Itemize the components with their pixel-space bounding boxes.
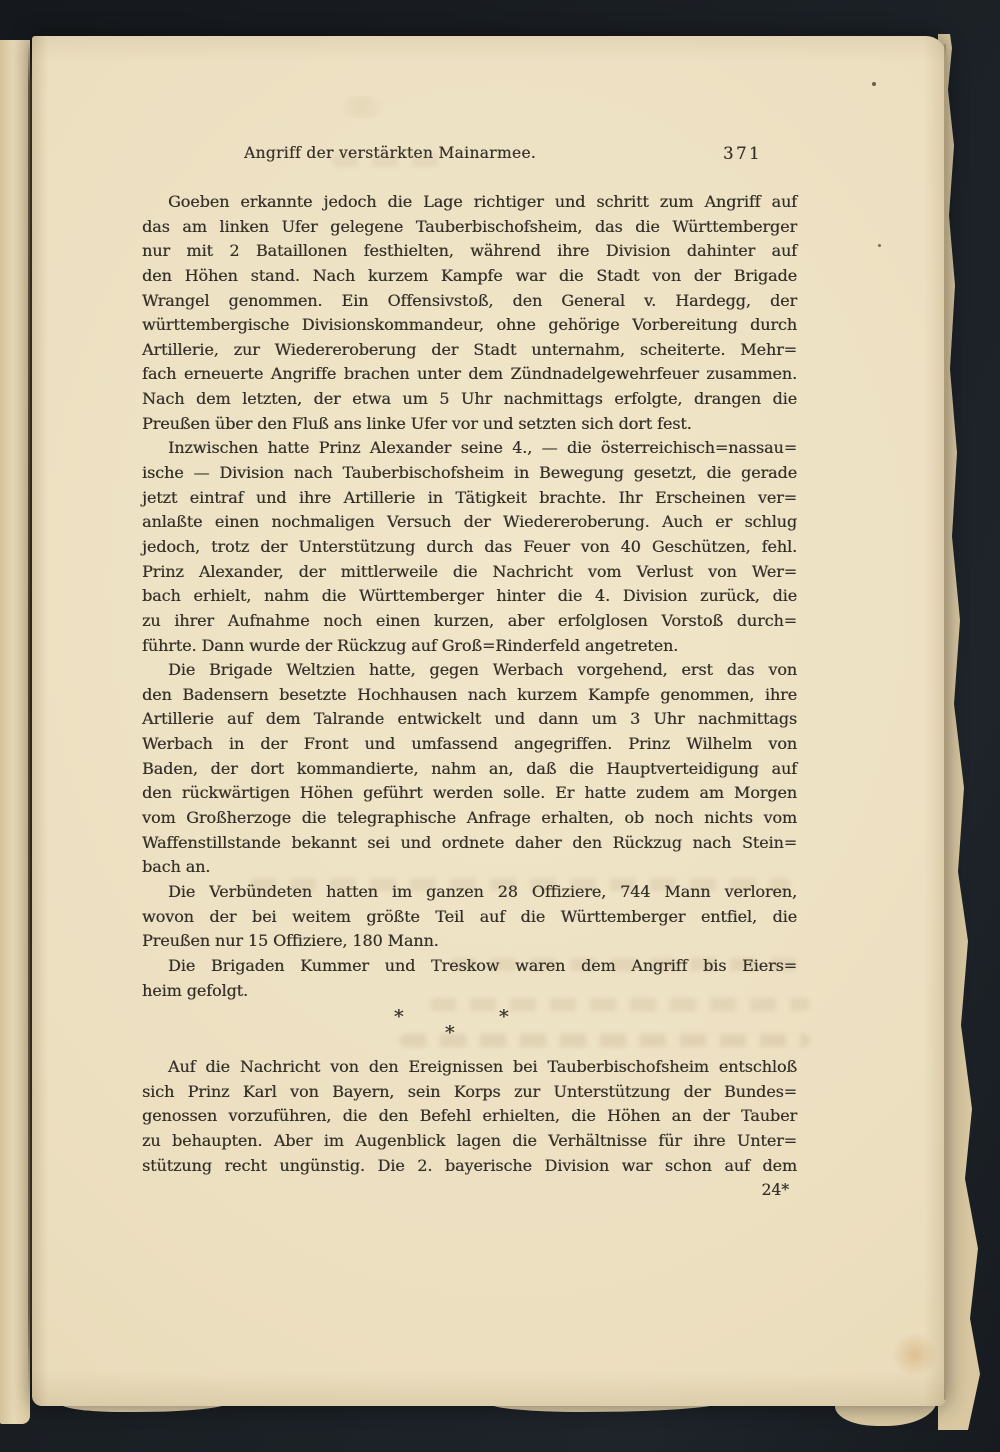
ink-speck xyxy=(872,82,876,86)
text-line: jetzt eintraf und ihre Artillerie in Tät… xyxy=(142,486,797,511)
running-header: Angriff der verstärkten Mainarmee. 371 xyxy=(142,144,797,170)
text-line: stützung recht ungünstig. Die 2. bayeris… xyxy=(142,1154,797,1179)
text-line: Auf die Nachricht von den Ereignissen be… xyxy=(142,1055,797,1080)
paper-stain xyxy=(332,96,392,118)
paragraph: Die Brigade Weltzien hatte, gegen Werbac… xyxy=(142,658,797,880)
text-line: Inzwischen hatte Prinz Alexander seine 4… xyxy=(142,436,797,461)
text-line: bach an. xyxy=(142,855,797,880)
text-line: anlaßte einen nochmaligen Versuch der Wi… xyxy=(142,510,797,535)
text-line: Wrangel genommen. Ein Offensivstoß, den … xyxy=(142,289,797,314)
signature-mark: 24* xyxy=(142,1178,797,1202)
text-line: genossen vorzuführen, die den Befehl erh… xyxy=(142,1104,797,1129)
text-line: heim gefolgt. xyxy=(142,979,797,1004)
page-stack-fore-edge xyxy=(938,34,993,1430)
text-line: das am linken Ufer gelegene Tauberbischo… xyxy=(142,215,797,240)
paragraph: Inzwischen hatte Prinz Alexander seine 4… xyxy=(142,436,797,658)
asterisk: * xyxy=(445,1022,455,1044)
text-line: vom Großherzoge die telegraphische Anfra… xyxy=(142,806,797,831)
text-line: Preußen nur 15 Offiziere, 180 Mann. xyxy=(142,929,797,954)
text-line: Waffenstillstande bekannt sei und ordnet… xyxy=(142,831,797,856)
text-line: führte. Dann wurde der Rückzug auf Groß=… xyxy=(142,634,797,659)
ink-speck xyxy=(878,244,881,247)
text-line: Die Verbündeten hatten im ganzen 28 Offi… xyxy=(142,880,797,905)
paragraph: Auf die Nachricht von den Ereignissen be… xyxy=(142,1055,797,1178)
section-separator-asterism: * * * xyxy=(142,1003,797,1055)
foxing-spot xyxy=(892,1332,938,1378)
paragraph: Die Brigaden Kummer und Treskow waren de… xyxy=(142,954,797,1003)
text-line: Werbach in der Front und umfassend angeg… xyxy=(142,732,797,757)
body-paragraphs: Goeben erkannte jedoch die Lage richtige… xyxy=(142,190,797,1003)
text-line: Preußen über den Fluß ans linke Ufer vor… xyxy=(142,412,797,437)
text-line: Goeben erkannte jedoch die Lage richtige… xyxy=(142,190,797,215)
text-line: Baden, der dort kommandierte, nahm an, d… xyxy=(142,757,797,782)
text-line: Nach dem letzten, der etwa um 5 Uhr nach… xyxy=(142,387,797,412)
text-line: württembergische Divisionskommandeur, oh… xyxy=(142,313,797,338)
text-line: wovon der bei weitem größte Teil auf die… xyxy=(142,905,797,930)
show-through-smudge xyxy=(332,154,452,167)
asterisk: * xyxy=(394,1006,404,1028)
text-line: Prinz Alexander, der mittlerweile die Na… xyxy=(142,560,797,585)
text-line: ische — Division nach Tauberbischofsheim… xyxy=(142,461,797,486)
text-line: den Höhen stand. Nach kurzem Kampfe war … xyxy=(142,264,797,289)
text-line: Artillerie, zur Wiedereroberung der Stad… xyxy=(142,338,797,363)
text-line: fach erneuerte Angriffe brachen unter de… xyxy=(142,362,797,387)
asterisk: * xyxy=(499,1006,509,1028)
text-line: Artillerie auf dem Talrande entwickelt u… xyxy=(142,707,797,732)
text-line: Die Brigade Weltzien hatte, gegen Werbac… xyxy=(142,658,797,683)
text-line: sich Prinz Karl von Bayern, sein Korps z… xyxy=(142,1080,797,1105)
text-line: den Badensern besetzte Hochhausen nach k… xyxy=(142,683,797,708)
text-line: nur mit 2 Bataillonen festhielten, währe… xyxy=(142,239,797,264)
body-paragraphs-continued: Auf die Nachricht von den Ereignissen be… xyxy=(142,1055,797,1178)
book-page: Angriff der verstärkten Mainarmee. 371 G… xyxy=(32,36,946,1406)
paragraph: Goeben erkannte jedoch die Lage richtige… xyxy=(142,190,797,436)
text-line: den rückwärtigen Höhen geführt werden so… xyxy=(142,781,797,806)
book-scan-background: Angriff der verstärkten Mainarmee. 371 G… xyxy=(0,0,1000,1452)
text-line: Die Brigaden Kummer und Treskow waren de… xyxy=(142,954,797,979)
adjacent-page-edge xyxy=(0,40,30,1424)
text-line: bach erhielt, nahm die Württemberger hin… xyxy=(142,584,797,609)
text-block: Goeben erkannte jedoch die Lage richtige… xyxy=(142,190,797,1202)
page-number: 371 xyxy=(723,144,762,163)
text-line: zu behaupten. Aber im Augenblick lagen d… xyxy=(142,1129,797,1154)
paragraph: Die Verbündeten hatten im ganzen 28 Offi… xyxy=(142,880,797,954)
text-line: zu ihrer Aufnahme noch einen kurzen, abe… xyxy=(142,609,797,634)
text-line: jedoch, trotz der Unterstützung durch da… xyxy=(142,535,797,560)
